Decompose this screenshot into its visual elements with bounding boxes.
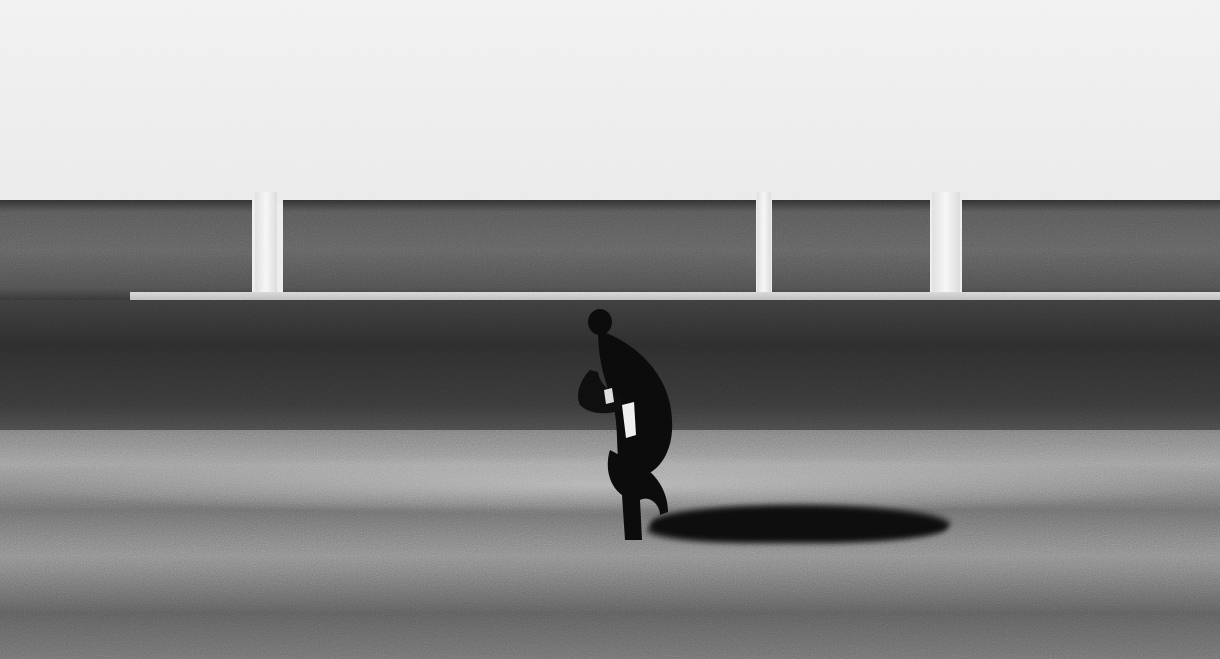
fence-post [255, 192, 277, 304]
fence-panel [283, 200, 756, 300]
fence-post [757, 192, 771, 304]
figure-shadow [643, 505, 957, 543]
fence-panel [772, 200, 930, 300]
figure [560, 300, 690, 550]
sky [0, 0, 1220, 205]
fence-panel [0, 200, 252, 300]
photo-scene [0, 0, 1220, 659]
fence-panel [962, 200, 1220, 300]
fence-post [932, 192, 960, 304]
